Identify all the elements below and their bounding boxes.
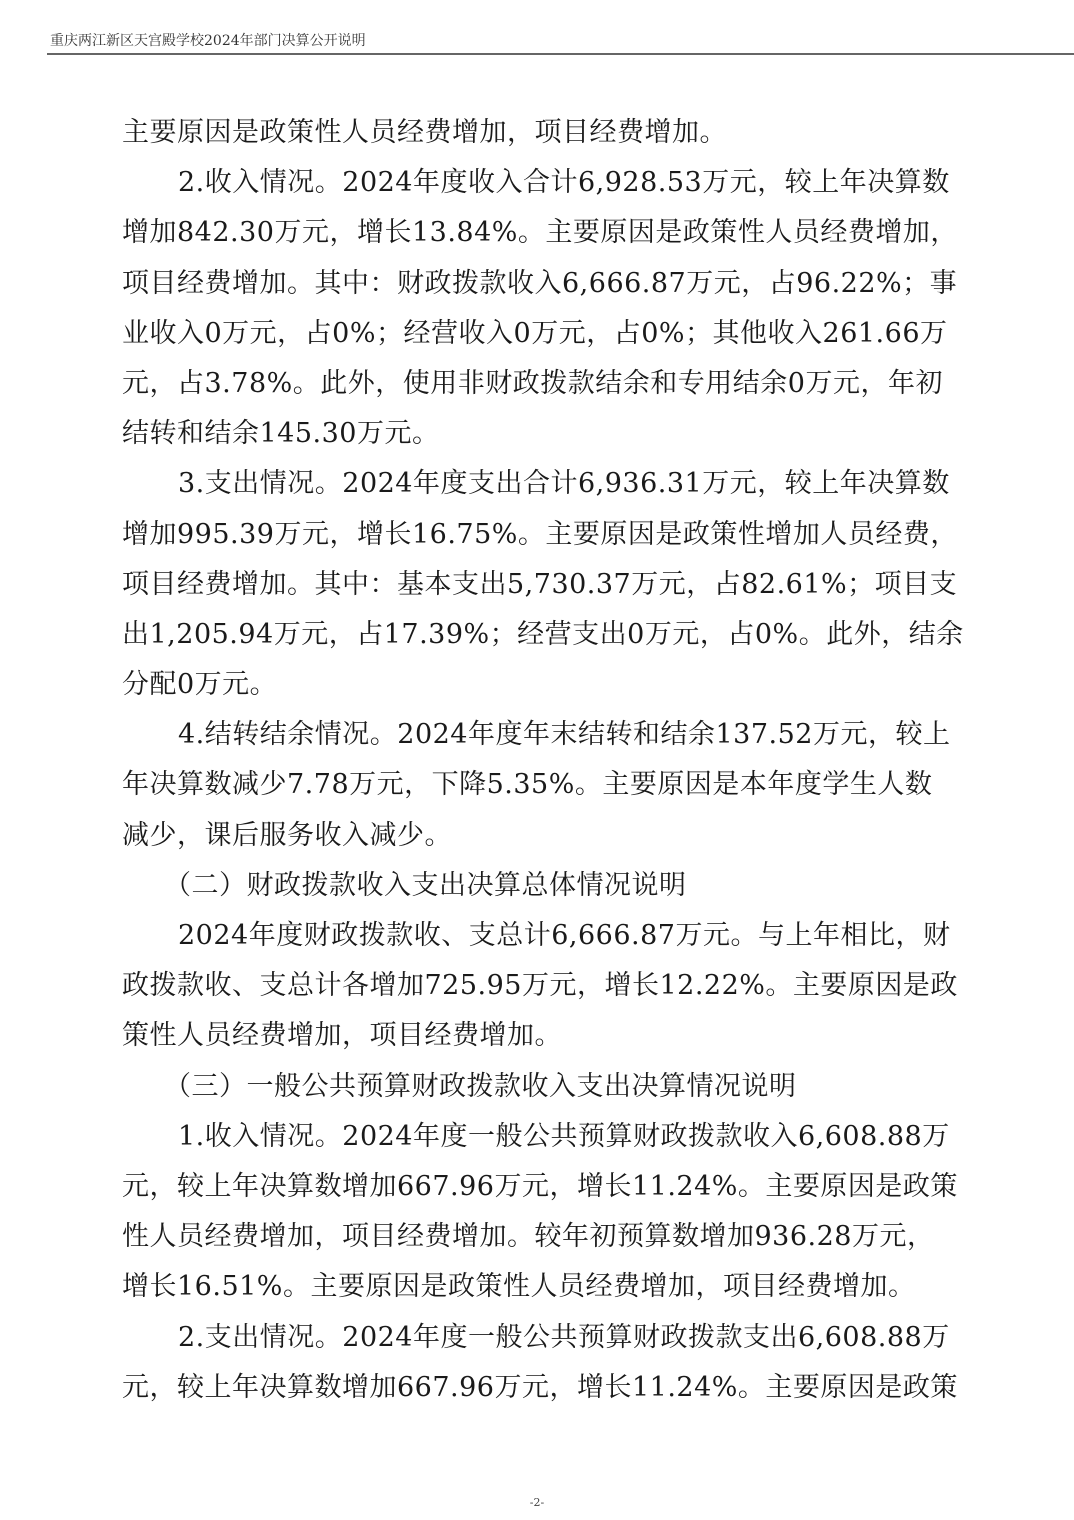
page-number: -2- — [0, 1496, 1074, 1509]
text-line: 分配0万元。 — [122, 660, 960, 710]
text-line: 3.支出情况。2024年度支出合计6,936.31万元，较上年决算数 — [122, 459, 960, 509]
header-divider — [47, 53, 1074, 55]
text-line: 政拨款收、支总计各增加725.95万元，增长12.22%。主要原因是政 — [122, 961, 960, 1011]
section-heading: （二）财政拨款收入支出决算总体情况说明 — [122, 861, 960, 911]
text-line: 增长16.51%。主要原因是政策性人员经费增加，项目经费增加。 — [122, 1262, 960, 1312]
text-line: 增加995.39万元，增长16.75%。主要原因是政策性增加人员经费， — [122, 510, 960, 560]
text-line: 年决算数减少7.78万元，下降5.35%。主要原因是本年度学生人数 — [122, 760, 960, 810]
text-line: 项目经费增加。其中：财政拨款收入6,666.87万元，占96.22%；事 — [122, 259, 960, 309]
text-line: 出1,205.94万元，占17.39%；经营支出0万元，占0%。此外，结余 — [122, 610, 960, 660]
text-line: 减少，课后服务收入减少。 — [122, 811, 960, 861]
text-line: 增加842.30万元，增长13.84%。主要原因是政策性人员经费增加， — [122, 208, 960, 258]
text-line: 业收入0万元，占0%；经营收入0万元，占0%；其他收入261.66万 — [122, 309, 960, 359]
text-line: 2.收入情况。2024年度收入合计6,928.53万元，较上年决算数 — [122, 158, 960, 208]
text-line: 元，较上年决算数增加667.96万元，增长11.24%。主要原因是政策 — [122, 1162, 960, 1212]
section-heading: （三）一般公共预算财政拨款收入支出决算情况说明 — [122, 1062, 960, 1112]
text-line: 主要原因是政策性人员经费增加，项目经费增加。 — [122, 108, 960, 158]
text-line: 元，占3.78%。此外，使用非财政拨款结余和专用结余0万元，年初 — [122, 359, 960, 409]
text-line: 2.支出情况。2024年度一般公共预算财政拨款支出6,608.88万 — [122, 1313, 960, 1363]
text-line: 性人员经费增加，项目经费增加。较年初预算数增加936.28万元， — [122, 1212, 960, 1262]
document-header-title: 重庆两江新区天宫殿学校2024年部门决算公开说明 — [50, 30, 366, 50]
text-line: 项目经费增加。其中：基本支出5,730.37万元，占82.61%；项目支 — [122, 560, 960, 610]
document-body: 主要原因是政策性人员经费增加，项目经费增加。2.收入情况。2024年度收入合计6… — [122, 108, 960, 1413]
text-line: 4.结转结余情况。2024年度年末结转和结余137.52万元，较上 — [122, 710, 960, 760]
text-line: 2024年度财政拨款收、支总计6,666.87万元。与上年相比，财 — [122, 911, 960, 961]
text-line: 结转和结余145.30万元。 — [122, 409, 960, 459]
text-line: 元，较上年决算数增加667.96万元，增长11.24%。主要原因是政策 — [122, 1363, 960, 1413]
text-line: 策性人员经费增加，项目经费增加。 — [122, 1011, 960, 1061]
text-line: 1.收入情况。2024年度一般公共预算财政拨款收入6,608.88万 — [122, 1112, 960, 1162]
